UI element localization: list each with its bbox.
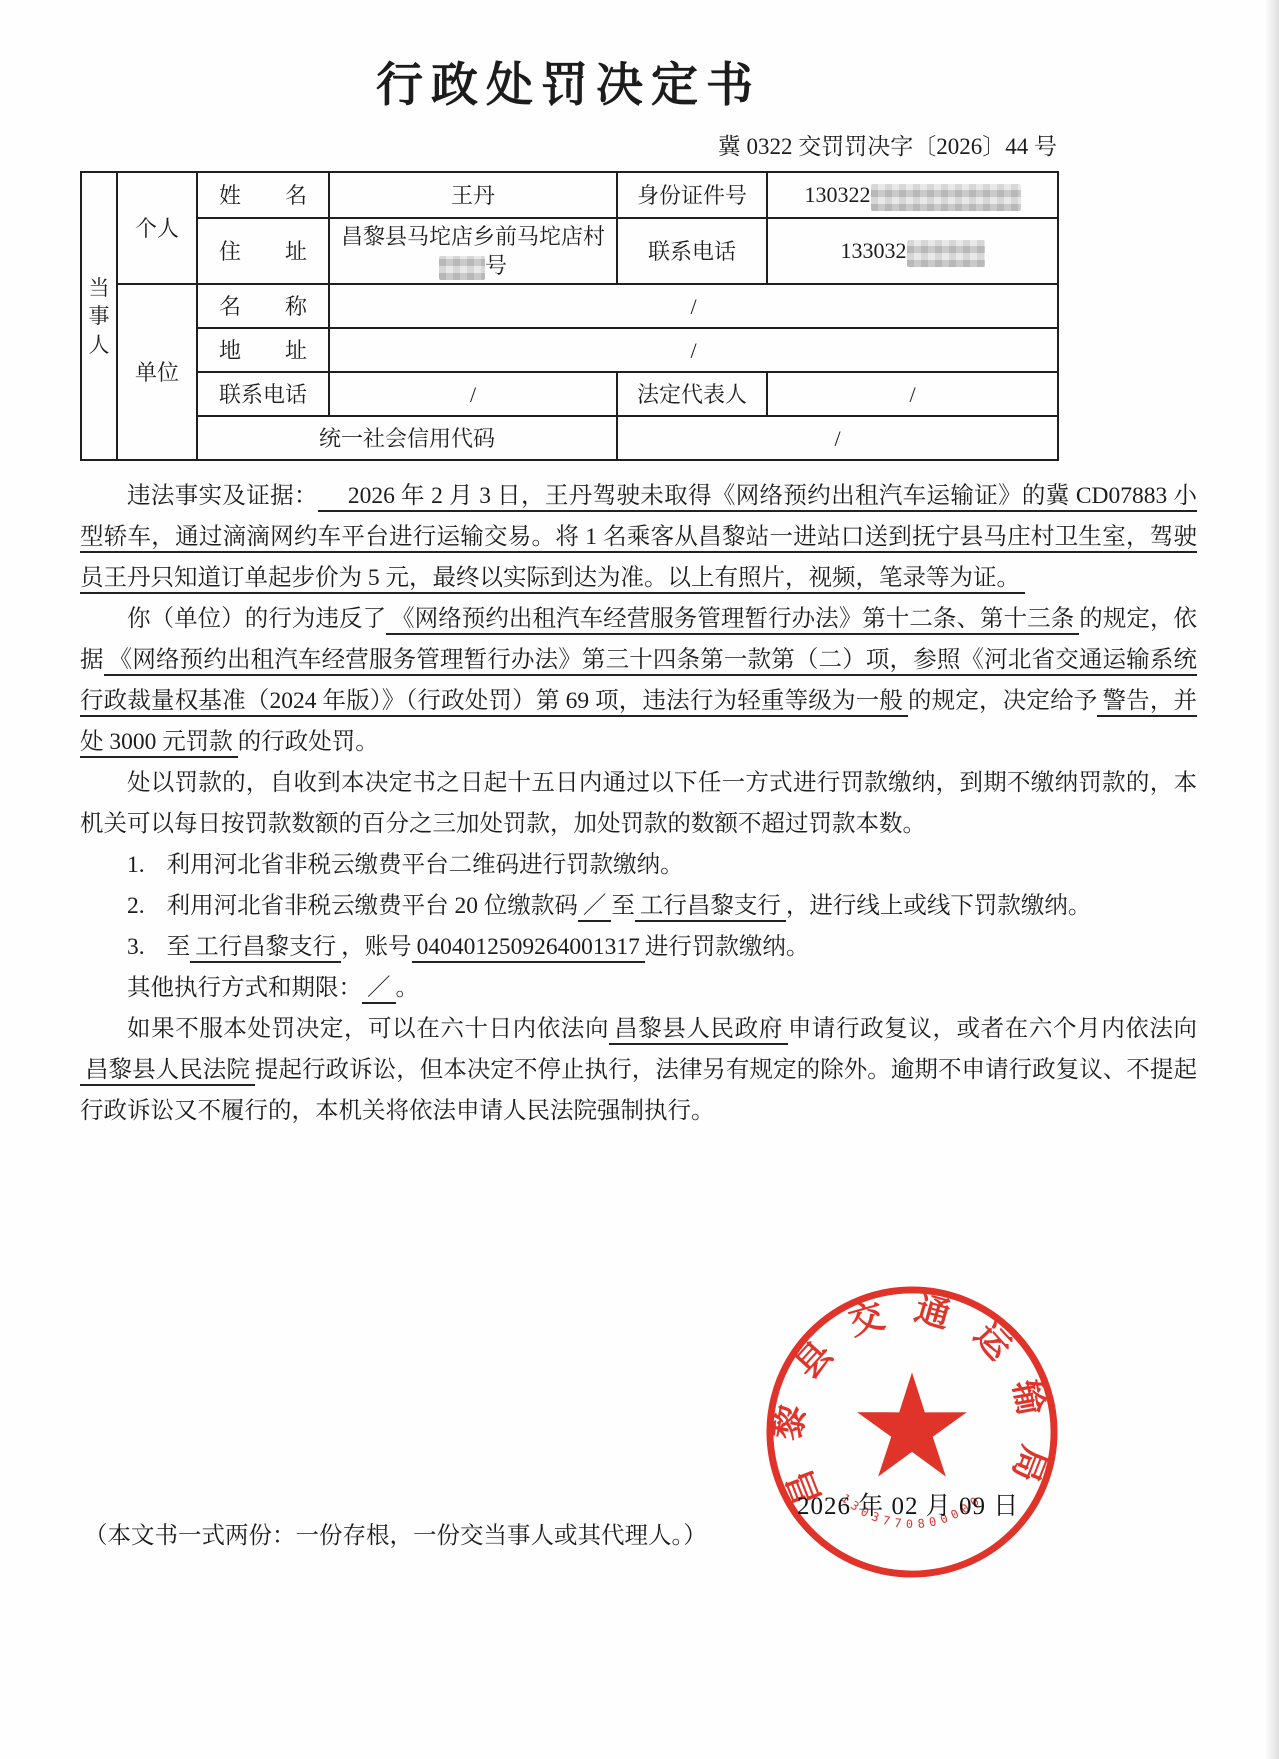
item-2-number: 2. bbox=[127, 893, 145, 919]
review-authority: 昌黎县人民政府 bbox=[609, 1016, 788, 1045]
item-1-text: 利用河北省非税云缴费平台二维码进行罚款缴纳。 bbox=[167, 852, 684, 878]
addr-value-prefix: 昌黎县马坨店乡前马坨店村 bbox=[341, 224, 605, 249]
other-execution-period: 。 bbox=[396, 975, 420, 1001]
org-phone-label: 联系电话 bbox=[197, 372, 329, 416]
page-title: 行政处罚决定书 bbox=[80, 58, 1057, 114]
addr-value-suffix: 号 bbox=[485, 253, 507, 278]
body-text: 违法事实及证据：2026 年 2 月 3 日，王丹驾驶未取得《网络预约出租汽车运… bbox=[80, 476, 1197, 1132]
court-name: 昌黎县人民法院 bbox=[80, 1057, 255, 1086]
footer-note: （本文书一式两份：一份存根，一份交当事人或其代理人。） bbox=[84, 1516, 707, 1550]
id-label: 身份证件号 bbox=[617, 172, 767, 218]
violated-articles: 《网络预约出租汽车经营服务管理暂行办法》第十二条、第十三条 bbox=[386, 606, 1079, 635]
id-value: 130322 bbox=[767, 172, 1058, 218]
id-value-visible: 130322 bbox=[805, 182, 871, 207]
decision-connector: 的规定，决定给予 bbox=[908, 688, 1097, 714]
legal-basis-paragraph: 你（单位）的行为违反了《网络预约出租汽车经营服务管理暂行办法》第十二条、第十三条… bbox=[80, 599, 1197, 763]
official-seal: 昌黎县交通运输局 1303770800000 bbox=[763, 1283, 1061, 1581]
payment-method-1: 1.利用河北省非税云缴费平台二维码进行罚款缴纳。 bbox=[80, 845, 1197, 886]
facts-label: 违法事实及证据： bbox=[127, 483, 318, 509]
name-value: 王丹 bbox=[329, 172, 617, 218]
org-phone-value: / bbox=[329, 372, 617, 416]
addr-redaction-blur bbox=[439, 256, 485, 280]
penalty-suffix: 的行政处罚。 bbox=[238, 729, 379, 755]
org-name-label: 名 称 bbox=[197, 284, 329, 328]
party-group-label: 当事人 bbox=[81, 172, 117, 460]
addr-label: 住 址 bbox=[197, 218, 329, 284]
account-number: 0404012509264001317 bbox=[412, 934, 645, 963]
credit-code-label: 统一社会信用代码 bbox=[197, 416, 617, 460]
item-2-suffix: ，进行线上或线下罚款缴纳。 bbox=[786, 893, 1092, 919]
bank-name-2: 工行昌黎支行 bbox=[190, 934, 341, 963]
item-3-number: 3. bbox=[127, 934, 145, 960]
person-label: 个人 bbox=[117, 172, 197, 284]
legal-rep-label: 法定代表人 bbox=[617, 372, 767, 416]
document-content: 行政处罚决定书 冀 0322 交罚罚决字〔2026〕44 号 当事人 个人 姓 … bbox=[0, 0, 1279, 1132]
name-label: 姓 名 bbox=[197, 172, 329, 218]
document-page: 行政处罚决定书 冀 0322 交罚罚决字〔2026〕44 号 当事人 个人 姓 … bbox=[0, 0, 1279, 1759]
org-name-value: / bbox=[329, 284, 1058, 328]
payment-code-slash: ／ bbox=[578, 893, 612, 922]
appeal-mid: 申请行政复议，或者在六个月内依法向 bbox=[788, 1016, 1197, 1042]
party-info-table: 当事人 个人 姓 名 王丹 身份证件号 130322 住 址 昌黎县马坨店乡前马… bbox=[80, 171, 1059, 461]
payment-terms-paragraph: 处以罚款的，自收到本决定书之日起十五日内通过以下任一方式进行罚款缴纳，到期不缴纳… bbox=[80, 763, 1197, 845]
item-3-suffix: 进行罚款缴纳。 bbox=[645, 934, 810, 960]
decision-date: 2026 年 02 月 09 日 bbox=[797, 1486, 1019, 1522]
violation-intro: 你（单位）的行为违反了 bbox=[127, 606, 386, 632]
doc-number: 冀 0322 交罚罚决字〔2026〕44 号 bbox=[80, 128, 1057, 161]
facts-paragraph: 违法事实及证据：2026 年 2 月 3 日，王丹驾驶未取得《网络预约出租汽车运… bbox=[80, 476, 1197, 599]
other-execution-slash: ／ bbox=[362, 975, 396, 1004]
phone-redaction-blur bbox=[907, 240, 985, 267]
item-1-number: 1. bbox=[127, 852, 145, 878]
account-label: ，账号 bbox=[341, 934, 412, 960]
scan-edge-shadow bbox=[1265, 0, 1279, 1759]
addr-value: 昌黎县马坨店乡前马坨店村号 bbox=[329, 218, 617, 284]
appeal-intro: 如果不服本处罚决定，可以在六十日内依法向 bbox=[127, 1016, 609, 1042]
org-addr-value: / bbox=[329, 328, 1058, 372]
phone-label: 联系电话 bbox=[617, 218, 767, 284]
bank-name: 工行昌黎支行 bbox=[635, 893, 786, 922]
seal-star-icon bbox=[857, 1372, 967, 1476]
phone-value: 133032 bbox=[767, 218, 1058, 284]
legal-rep-value: / bbox=[767, 372, 1058, 416]
appeal-paragraph: 如果不服本处罚决定，可以在六十日内依法向昌黎县人民政府申请行政复议，或者在六个月… bbox=[80, 1009, 1197, 1132]
credit-code-value: / bbox=[617, 416, 1058, 460]
org-label: 单位 bbox=[117, 284, 197, 460]
other-execution-label: 其他执行方式和期限： bbox=[127, 975, 362, 1001]
other-execution-line: 其他执行方式和期限：／。 bbox=[80, 968, 1197, 1009]
id-redaction-blur bbox=[871, 184, 1021, 211]
item-3-to: 至 bbox=[167, 934, 191, 960]
phone-value-visible: 133032 bbox=[841, 238, 907, 263]
item-2-to: 至 bbox=[611, 893, 635, 919]
org-addr-label: 地 址 bbox=[197, 328, 329, 372]
payment-method-3: 3.至工行昌黎支行，账号0404012509264001317进行罚款缴纳。 bbox=[80, 927, 1197, 968]
item-2-text: 利用河北省非税云缴费平台 20 位缴款码 bbox=[167, 893, 578, 919]
payment-method-2: 2.利用河北省非税云缴费平台 20 位缴款码／至工行昌黎支行，进行线上或线下罚款… bbox=[80, 886, 1197, 927]
